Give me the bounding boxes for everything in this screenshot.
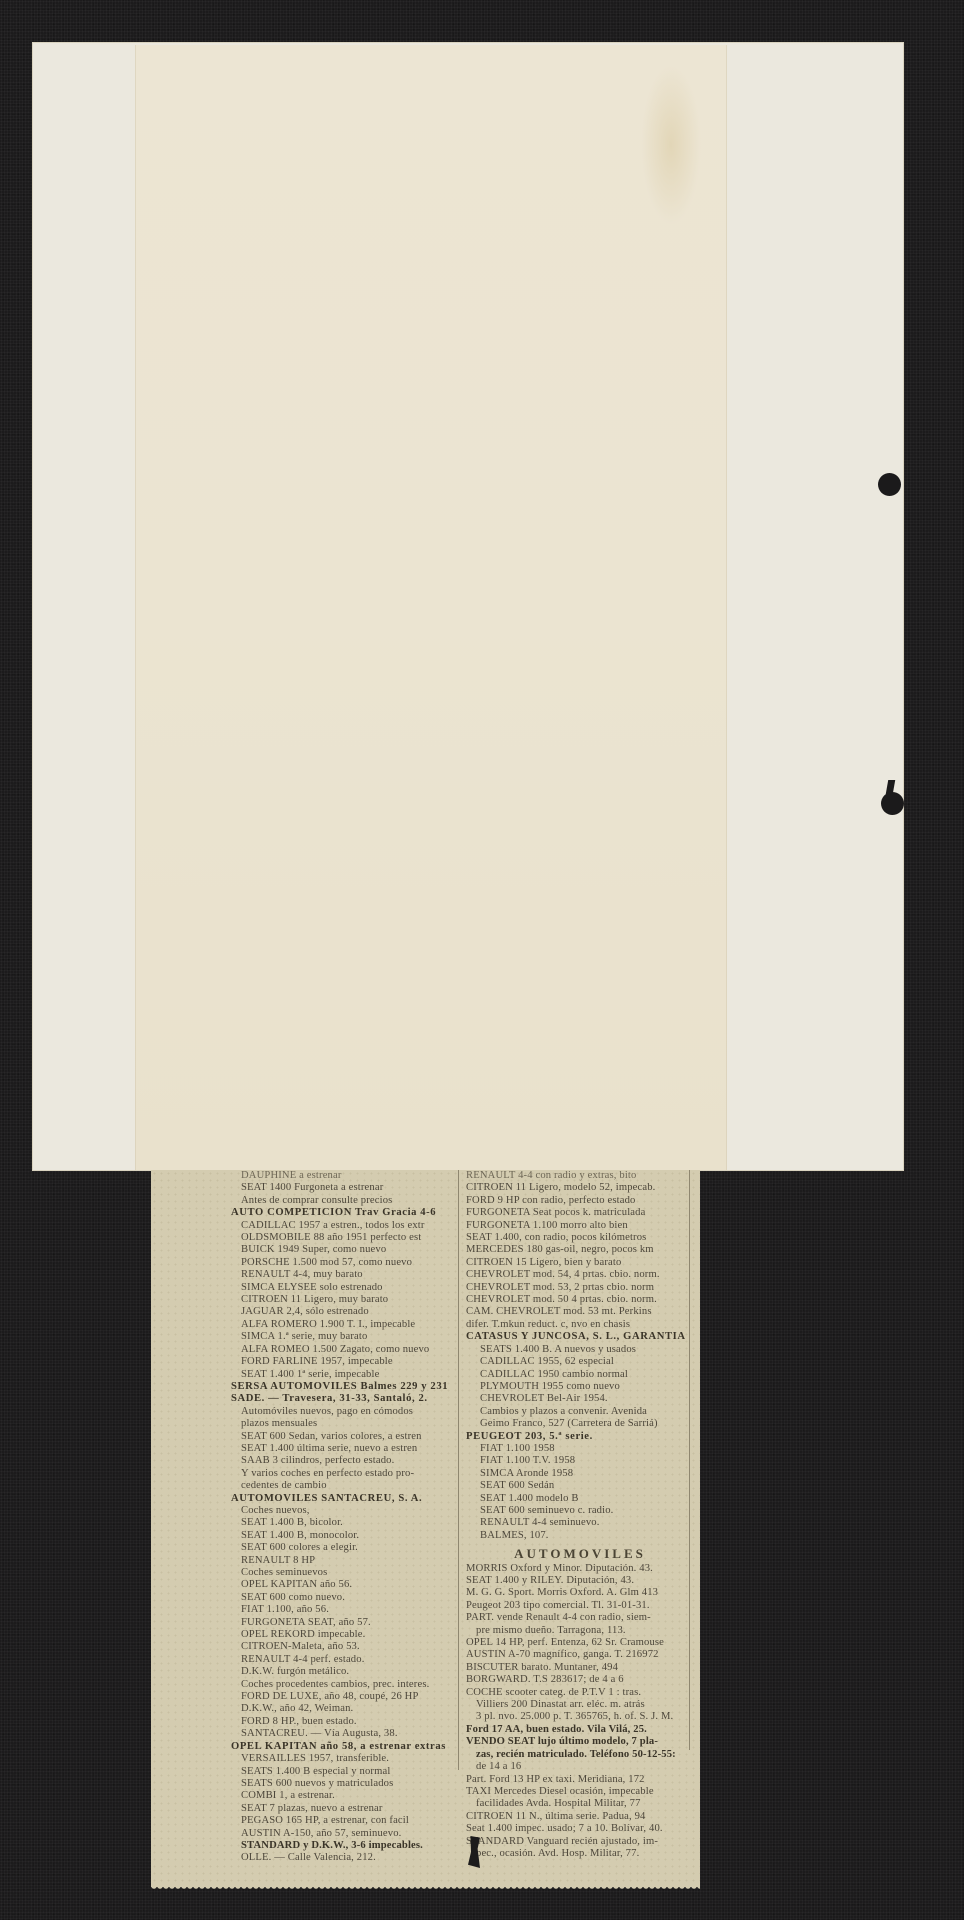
classified-ad-line: PLYMOUTH 1955 como nuevo [466, 1381, 694, 1393]
classified-ad-line: PEUGEOT 203, 5.ª serie. [466, 1431, 694, 1443]
classified-ad-line: facilidades Avda. Hospital Militar, 77 [466, 1798, 694, 1810]
classified-ad-line: SANTACREU. — Vía Augusta, 38. [231, 1728, 456, 1740]
classified-ad-line: SIMCA 1.ª serie, muy barato [231, 1331, 456, 1343]
classified-ad-line: CATASUS Y JUNCOSA, S. L., GARANTIA [466, 1331, 694, 1343]
classified-ad-line: CITROEN 11 Ligero, muy barato [231, 1294, 456, 1306]
classified-ad-line: CADILLAC 1957 a estren., todos los extr [231, 1220, 456, 1232]
classified-ad-line: SIMCA ELYSEE solo estrenado [231, 1282, 456, 1294]
classified-ad-line: difer. T.mkun reduct. c, nvo en chasis [466, 1319, 694, 1331]
classified-ad-line: OLLE. — Calle Valencia, 212. [231, 1852, 456, 1864]
letter-sheet [33, 43, 903, 1170]
adhesive-stain-area [135, 45, 727, 1170]
classified-ad-line: SEAT 1.400 B, monocolor. [231, 1530, 456, 1542]
classified-ad-line: pre mismo dueño. Tarragona, 113. [466, 1625, 694, 1637]
classified-ad-line: PART. vende Renault 4-4 con radio, siem- [466, 1612, 694, 1624]
classified-ad-line: BORGWARD. T.S 283617; de 4 a 6 [466, 1674, 694, 1686]
classified-ad-line: CHEVROLET mod. 53, 2 prtas cbio. norm [466, 1282, 694, 1294]
classified-ad-line: SEAT 1.400 B, bicolor. [231, 1517, 456, 1529]
classified-ad-line: SEAT 600 seminuevo c. radio. [466, 1505, 694, 1517]
classified-ad-line: VERSAILLES 1957, transferible. [231, 1753, 456, 1765]
classified-ad-line: FORD DE LUXE, año 48, coupé, 26 HP [231, 1691, 456, 1703]
classified-ad-line: SEAT 7 plazas, nuevo a estrenar [231, 1803, 456, 1815]
classified-ad-line: COCHE scooter categ. de P.T.V 1 : tras. [466, 1687, 694, 1699]
classified-ad-line: FURGONETA SEAT, año 57. [231, 1617, 456, 1629]
classifieds-left-column: DAUPHINE a estrenarSEAT 1400 Furgoneta a… [231, 1170, 456, 1865]
classified-ad-line: AUSTIN A-150, año 57, seminuevo. [231, 1828, 456, 1840]
classified-ad-line: D.K.W. furgón metálico. [231, 1666, 456, 1678]
classified-ad-line: MERCEDES 180 gas-oil, negro, pocos km [466, 1244, 694, 1256]
classified-ad-line: Villiers 200 Dinastat arr. eléc. m. atrá… [466, 1699, 694, 1711]
classified-ad-line: SEAT 600 Sedan, varios colores, a estren [231, 1431, 456, 1443]
classified-ad-line: Ford 17 AA, buen estado. Vila Vilá, 25. [466, 1724, 694, 1736]
classified-ad-line: RENAULT 4-4 perf. estado. [231, 1654, 456, 1666]
column-divider [458, 1170, 459, 1770]
classified-ad-line: FORD 9 HP con radio, perfecto estado [466, 1195, 694, 1207]
classified-ad-line: OPEL KAPITAN año 56. [231, 1579, 456, 1591]
classified-ad-line: SEAT 1.400 última serie, nuevo a estren [231, 1443, 456, 1455]
classified-ad-line: SEAT 600 colores a elegir. [231, 1542, 456, 1554]
classified-ad-line: SAAB 3 cilindros, perfecto estado. [231, 1455, 456, 1467]
classified-ad-line: FIAT 1.100, año 56. [231, 1604, 456, 1616]
classified-ad-line: SEAT 1.400 1ª serie, impecable [231, 1369, 456, 1381]
classified-ad-line: zas, recién matriculado. Teléfono 50-12-… [466, 1749, 694, 1761]
classified-ad-line: Antes de comprar consulte precios [231, 1195, 456, 1207]
classified-ad-line: CAM. CHEVROLET mod. 53 mt. Perkins [466, 1306, 694, 1318]
classified-ad-line: RENAULT 4-4, muy barato [231, 1269, 456, 1281]
classified-ad-line: VENDO SEAT lujo último modelo, 7 pla- [466, 1736, 694, 1748]
classified-ad-line: FIAT 1.100 T.V. 1958 [466, 1455, 694, 1467]
classifieds-right-column: RENAULT 4-4 con radio y extras, bitoCITR… [466, 1170, 694, 1860]
classified-ad-line: 3 pl. nvo. 25.000 p. T. 365765, h. of. S… [466, 1711, 694, 1723]
classified-ad-line: Part. Ford 13 HP ex taxi. Meridiana, 172 [466, 1774, 694, 1786]
punch-hole-icon [878, 473, 901, 496]
classified-ad-line: ALFA ROMEO 1.500 Zagato, como nuevo [231, 1344, 456, 1356]
classified-ad-line: Y varios coches en perfecto estado pro- [231, 1468, 456, 1480]
classified-ad-line: SIMCA Aronde 1958 [466, 1468, 694, 1480]
classified-ad-line: CADILLAC 1950 cambio normal [466, 1369, 694, 1381]
classified-ad-line: Cambios y plazos a convenir. Avenida [466, 1406, 694, 1418]
classified-ad-line: OPEL 14 HP, perf. Entenza, 62 Sr. Cramou… [466, 1637, 694, 1649]
classified-ad-line: FIAT 1.100 1958 [466, 1443, 694, 1455]
classified-ad-line: Seat 1.400 impec. usado; 7 a 10. Bolívar… [466, 1823, 694, 1835]
classified-ad-line: SEAT 1400 Furgoneta a estrenar [231, 1182, 456, 1194]
classified-ad-line: BISCUTER barato. Muntaner, 494 [466, 1662, 694, 1674]
classified-ad-line: PEGASO 165 HP, a estrenar, con facil [231, 1815, 456, 1827]
classified-ad-line: CHEVROLET Bel-Air 1954. [466, 1393, 694, 1405]
classified-ad-line: SEATS 600 nuevos y matriculados [231, 1778, 456, 1790]
classified-ad-line: Automóviles nuevos, pago en cómodos [231, 1406, 456, 1418]
classified-ad-line: SADE. — Travesera, 31-33, Santaló, 2. [231, 1393, 456, 1405]
classified-ad-line: CITROEN 11 Ligero, modelo 52, impecab. [466, 1182, 694, 1194]
classified-ad-line: FORD FARLINE 1957, impecable [231, 1356, 456, 1368]
classified-ad-line: plazos mensuales [231, 1418, 456, 1430]
classified-ad-line: Geimo Franco, 527 (Carretera de Sarriá) [466, 1418, 694, 1430]
classified-ad-line: Coches seminuevos [231, 1567, 456, 1579]
classified-ad-line: Coches procedentes cambios, prec. intere… [231, 1679, 456, 1691]
classified-ad-line: CADILLAC 1955, 62 especial [466, 1356, 694, 1368]
classified-ad-line: de 14 a 16 [466, 1761, 694, 1773]
classified-ad-line: AUTO COMPETICION Trav Gracia 4-6 [231, 1207, 456, 1219]
classified-ad-line: STANDARD Vanguard recién ajustado, im- [466, 1836, 694, 1848]
classified-ad-line: AUTOMOVILES SANTACREU, S. A. [231, 1493, 456, 1505]
classified-ad-line: RENAULT 4-4 seminuevo. [466, 1517, 694, 1529]
classified-ad-line: Coches nuevos, [231, 1505, 456, 1517]
classified-ad-line: SEATS 1.400 B. A nuevos y usados [466, 1344, 694, 1356]
classified-ad-line: SERSA AUTOMOVILES Balmes 229 y 231 [231, 1381, 456, 1393]
classified-ad-line: OLDSMOBILE 88 año 1951 perfecto est [231, 1232, 456, 1244]
classified-ad-line: SEAT 1.400 modelo B [466, 1493, 694, 1505]
classified-ad-line: JAGUAR 2,4, sólo estrenado [231, 1306, 456, 1318]
classified-ad-line: MORRIS Oxford y Minor. Diputación. 43. [466, 1563, 694, 1575]
classified-ad-line: RENAULT 8 HP [231, 1555, 456, 1567]
classified-ad-line: Peugeot 203 tipo comercial. Tl. 31-01-31… [466, 1600, 694, 1612]
classified-ad-line: RENAULT 4-4 con radio y extras, bito [466, 1170, 694, 1182]
classified-ad-line: FURGONETA 1.100 morro alto bien [466, 1220, 694, 1232]
classified-ad-line: OPEL KAPITAN año 58, a estrenar extras [231, 1741, 456, 1753]
classified-ad-line: SEATS 1.400 B especial y normal [231, 1766, 456, 1778]
classified-ad-line: AUSTIN A-70 magnífico, ganga. T. 216972 [466, 1649, 694, 1661]
classified-ad-line: DAUPHINE a estrenar [231, 1170, 456, 1182]
classified-ad-line: STANDARD y D.K.W., 3-6 impecables. [231, 1840, 456, 1852]
classified-ad-line: CHEVROLET mod. 54, 4 prtas. cbio. norm. [466, 1269, 694, 1281]
classified-ad-line: pec., ocasión. Avd. Hosp. Militar, 77. [466, 1848, 694, 1860]
classified-ad-line: CITROEN 15 Ligero, bien y barato [466, 1257, 694, 1269]
classified-ad-line: CITROEN-Maleta, año 53. [231, 1641, 456, 1653]
classified-ad-line: ALFA ROMERO 1.900 T. I., impecable [231, 1319, 456, 1331]
classified-ad-line: FURGONETA Seat pocos k. matriculada [466, 1207, 694, 1219]
classified-ad-line: OPEL REKORD impecable. [231, 1629, 456, 1641]
classified-ad-line: BALMES, 107. [466, 1530, 694, 1542]
classified-ad-line: FORD 8 HP., buen estado. [231, 1716, 456, 1728]
classified-ad-line: CITROEN 11 N., última serie. Padua, 94 [466, 1811, 694, 1823]
classified-ad-line: SEAT 1.400, con radio, pocos kilómetros [466, 1232, 694, 1244]
classified-ad-line: CHEVROLET mod. 50 4 prtas. cbio. norm. [466, 1294, 694, 1306]
classified-ad-line: SEAT 1.400 y RILEY. Diputación, 43. [466, 1575, 694, 1587]
classified-ad-line: SEAT 600 Sedán [466, 1480, 694, 1492]
classified-ad-line: PORSCHE 1.500 mod 57, como nuevo [231, 1257, 456, 1269]
classified-ad-line: D.K.W., año 42, Weiman. [231, 1703, 456, 1715]
section-title-automoviles: AUTOMOVILES [466, 1548, 694, 1560]
classified-ad-line: cedentes de cambio [231, 1480, 456, 1492]
punch-hole-icon [881, 792, 904, 815]
classified-ad-line: TAXI Mercedes Diesel ocasión, impecable [466, 1786, 694, 1798]
classified-ad-line: BUICK 1949 Super, como nuevo [231, 1244, 456, 1256]
classified-ad-line: COMBI 1, a estrenar. [231, 1790, 456, 1802]
newspaper-clipping: DAUPHINE a estrenarSEAT 1400 Furgoneta a… [151, 1170, 700, 1887]
classified-ad-line: M. G. G. Sport. Morris Oxford. A. Glm 41… [466, 1587, 694, 1599]
classified-ad-line: SEAT 600 como nuevo. [231, 1592, 456, 1604]
